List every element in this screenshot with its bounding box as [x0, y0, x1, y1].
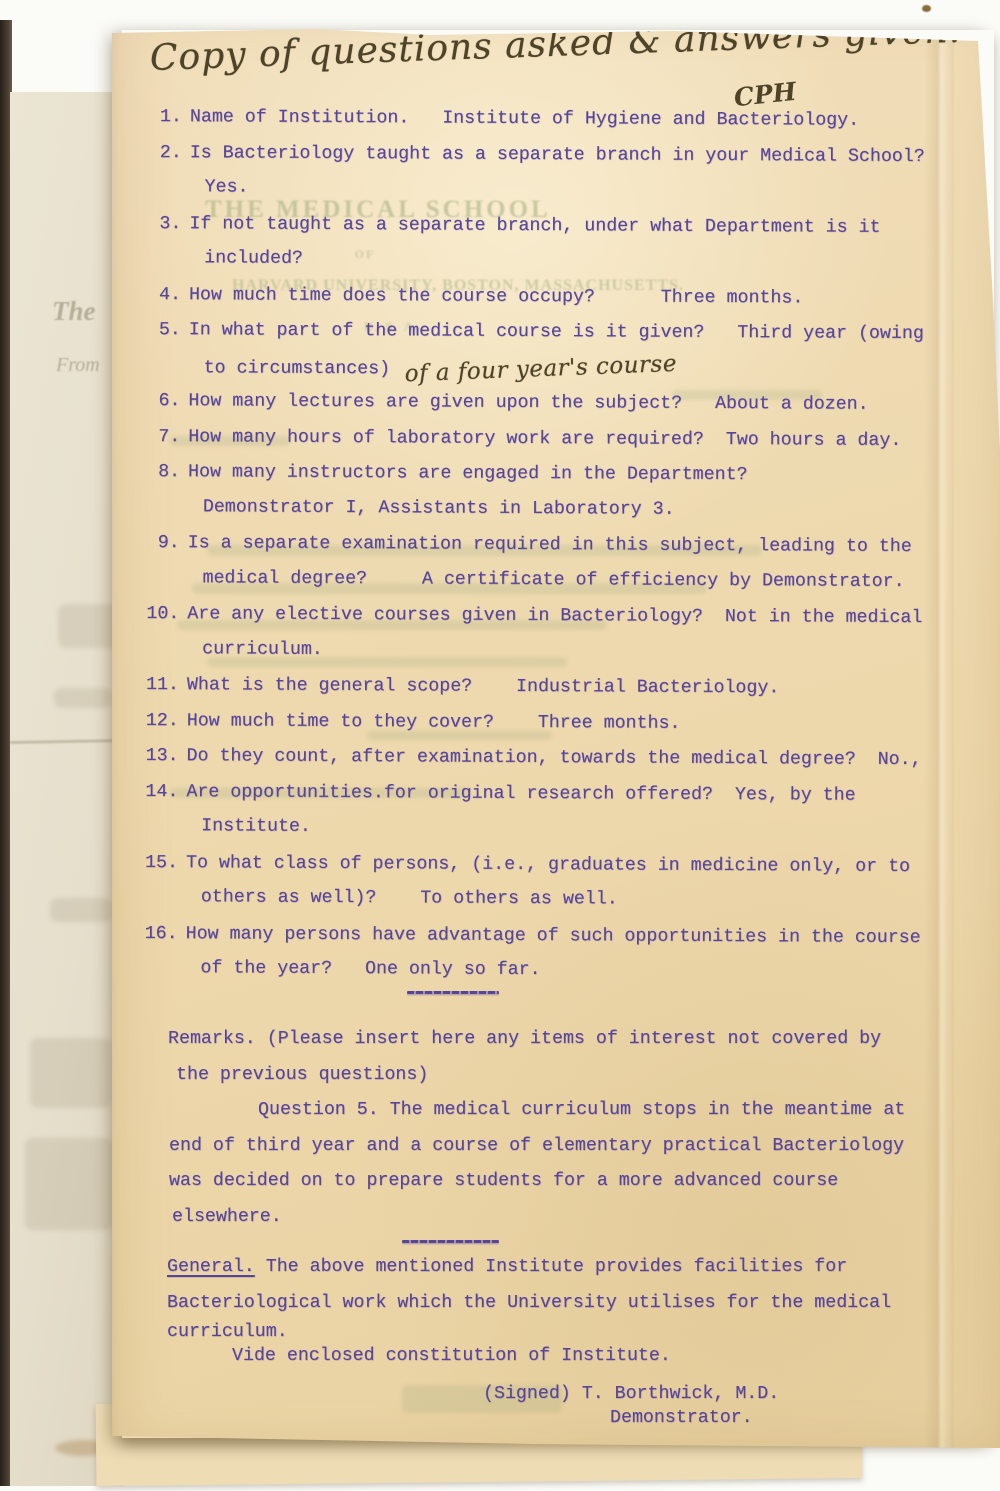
question-number: 12.: [143, 703, 179, 739]
question-number: 14.: [142, 774, 178, 810]
question-number: 15.: [142, 845, 178, 881]
question-item: 13.Do they count, after examination, tow…: [142, 738, 982, 778]
document-scan: The From THE MEDICAL SCHOOL OF HARVARD U…: [0, 0, 1000, 1491]
question-number: 2.: [146, 135, 182, 171]
remarks-line: elsewhere.: [168, 1200, 905, 1236]
question-line: How much time to they cover? Three month…: [187, 711, 681, 734]
question-number: 16.: [142, 916, 178, 952]
question-line: If not taught as a separate branch, unde…: [189, 214, 880, 238]
typed-divider: [407, 991, 499, 994]
question-item: 6.How many lectures are given upon the s…: [144, 383, 984, 423]
question-line: Is a separate examination required in th…: [188, 533, 912, 557]
question-line: to circumstances): [204, 358, 391, 379]
question-number: 5.: [145, 313, 181, 349]
question-line: How many instructors are engaged in the …: [188, 462, 748, 485]
typed-divider: [402, 1240, 499, 1243]
questions-list: 1.Name of Institution. Institute of Hygi…: [141, 99, 986, 991]
question-item: 9.Is a separate examination required in …: [143, 525, 983, 600]
question-number: 10.: [143, 597, 179, 633]
question-continuation: others as well)? To others as well.: [142, 880, 982, 920]
general-line: General. The above mentioned Institute p…: [167, 1250, 891, 1286]
question-line: Name of Institution. Institute of Hygien…: [190, 107, 859, 131]
question-continuation: Institute.: [142, 809, 982, 849]
remarks-section: Remarks. (Please insert here any items o…: [168, 1022, 905, 1235]
question-line: Do they count, after examination, toward…: [187, 746, 922, 770]
question-number: 6.: [144, 384, 180, 420]
question-item: 14.Are opportunities.for original resear…: [142, 773, 982, 848]
remarks-line: was decided on to prepare students for a…: [168, 1164, 905, 1200]
question-item: 4.How much time does the course occupy? …: [145, 276, 985, 316]
signature-line: (Signed) T. Borthwick, M.D.: [483, 1382, 779, 1406]
underpage-smudge: [54, 688, 112, 708]
question-line: In what part of the medical course is it…: [189, 320, 924, 344]
underpage-smudge: [25, 1138, 113, 1230]
signature-line: Demonstrator.: [483, 1406, 779, 1430]
question-line: Is Bacteriology taught as a separate bra…: [190, 143, 925, 167]
underpage-smudge: [50, 898, 112, 922]
question-continuation: curriculum.: [143, 631, 983, 671]
question-item: 12.How much time to they cover? Three mo…: [143, 702, 983, 742]
question-item: 2.Is Bacteriology taught as a separate b…: [145, 134, 985, 209]
question-continuation: included?: [145, 241, 985, 281]
question-number: 9.: [144, 526, 180, 562]
question-number: 4.: [145, 277, 181, 313]
question-item: 5.In what part of the medical course is …: [145, 312, 985, 387]
question-number: 8.: [144, 455, 180, 491]
question-item: 3.If not taught as a separate branch, un…: [145, 205, 985, 280]
question-number: 1.: [146, 100, 182, 136]
question-line: What is the general scope? Industrial Ba…: [187, 675, 780, 698]
handwritten-title: Copy of questions asked & answers given.: [149, 10, 961, 79]
fold-crease: [10, 739, 124, 744]
question-continuation: Demonstrator I, Assistants in Laboratory…: [144, 489, 984, 529]
question-item: 16.How many persons have advantage of su…: [141, 915, 981, 990]
remarks-line: Remarks. (Please insert here any items o…: [168, 1022, 905, 1058]
question-item: 8.How many instructors are engaged in th…: [144, 454, 984, 529]
question-item: 15.To what class of persons, (i.e., grad…: [142, 844, 982, 919]
vide-line: Vide enclosed constitution of Institute.: [167, 1339, 891, 1375]
question-continuation: of the year? One only so far.: [141, 951, 981, 991]
general-line-rest: The above mentioned Institute provides f…: [255, 1257, 847, 1277]
question-continuation: Yes.: [145, 170, 985, 210]
question-continuation: to circumstances)of a four year's course: [145, 347, 985, 387]
underpage-smudge: [58, 604, 120, 648]
paper-speck: [922, 5, 931, 12]
question-line: How many hours of laboratory work are re…: [188, 427, 901, 451]
questionnaire-page: THE MEDICAL SCHOOL OF HARVARD UNIVERSITY…: [112, 0, 1000, 1460]
question-item: 11.What is the general scope? Industrial…: [143, 667, 983, 707]
signature-block: (Signed) T. Borthwick, M.D. Demonstrator…: [483, 1382, 779, 1430]
under-page-left: The From: [10, 92, 124, 1486]
question-item: 1.Name of Institution. Institute of Hygi…: [146, 99, 986, 139]
question-line: Are any elective courses given in Bacter…: [187, 604, 922, 628]
general-section: General. The above mentioned Institute p…: [167, 1250, 891, 1374]
question-item: 7.How many hours of laboratory work are …: [144, 418, 984, 458]
question-number: 11.: [143, 668, 179, 704]
question-number: 7.: [144, 419, 180, 455]
general-label: General.: [167, 1257, 255, 1277]
question-line: Are opportunities.for original research …: [186, 782, 855, 806]
question-line: To what class of persons, (i.e., graduat…: [186, 853, 910, 877]
question-line: How much time does the course occupy? Th…: [189, 285, 803, 308]
question-line: How many persons have advantage of such …: [186, 924, 921, 948]
question-number: 3.: [145, 206, 181, 242]
question-line: How many lectures are given upon the sub…: [188, 391, 868, 415]
question-continuation: medical degree? A certificate of efficie…: [143, 560, 983, 600]
underpage-word-from: From: [56, 354, 100, 377]
question-number: 13.: [142, 739, 178, 775]
underpage-word-the: The: [52, 296, 96, 327]
remarks-line: Question 5. The medical curriculum stops…: [168, 1093, 905, 1129]
question-item: 10.Are any elective courses given in Bac…: [143, 596, 983, 671]
remarks-line: end of third year and a course of elemen…: [168, 1129, 905, 1165]
remarks-line: the previous questions): [168, 1058, 905, 1094]
underpage-smudge: [30, 1038, 112, 1108]
